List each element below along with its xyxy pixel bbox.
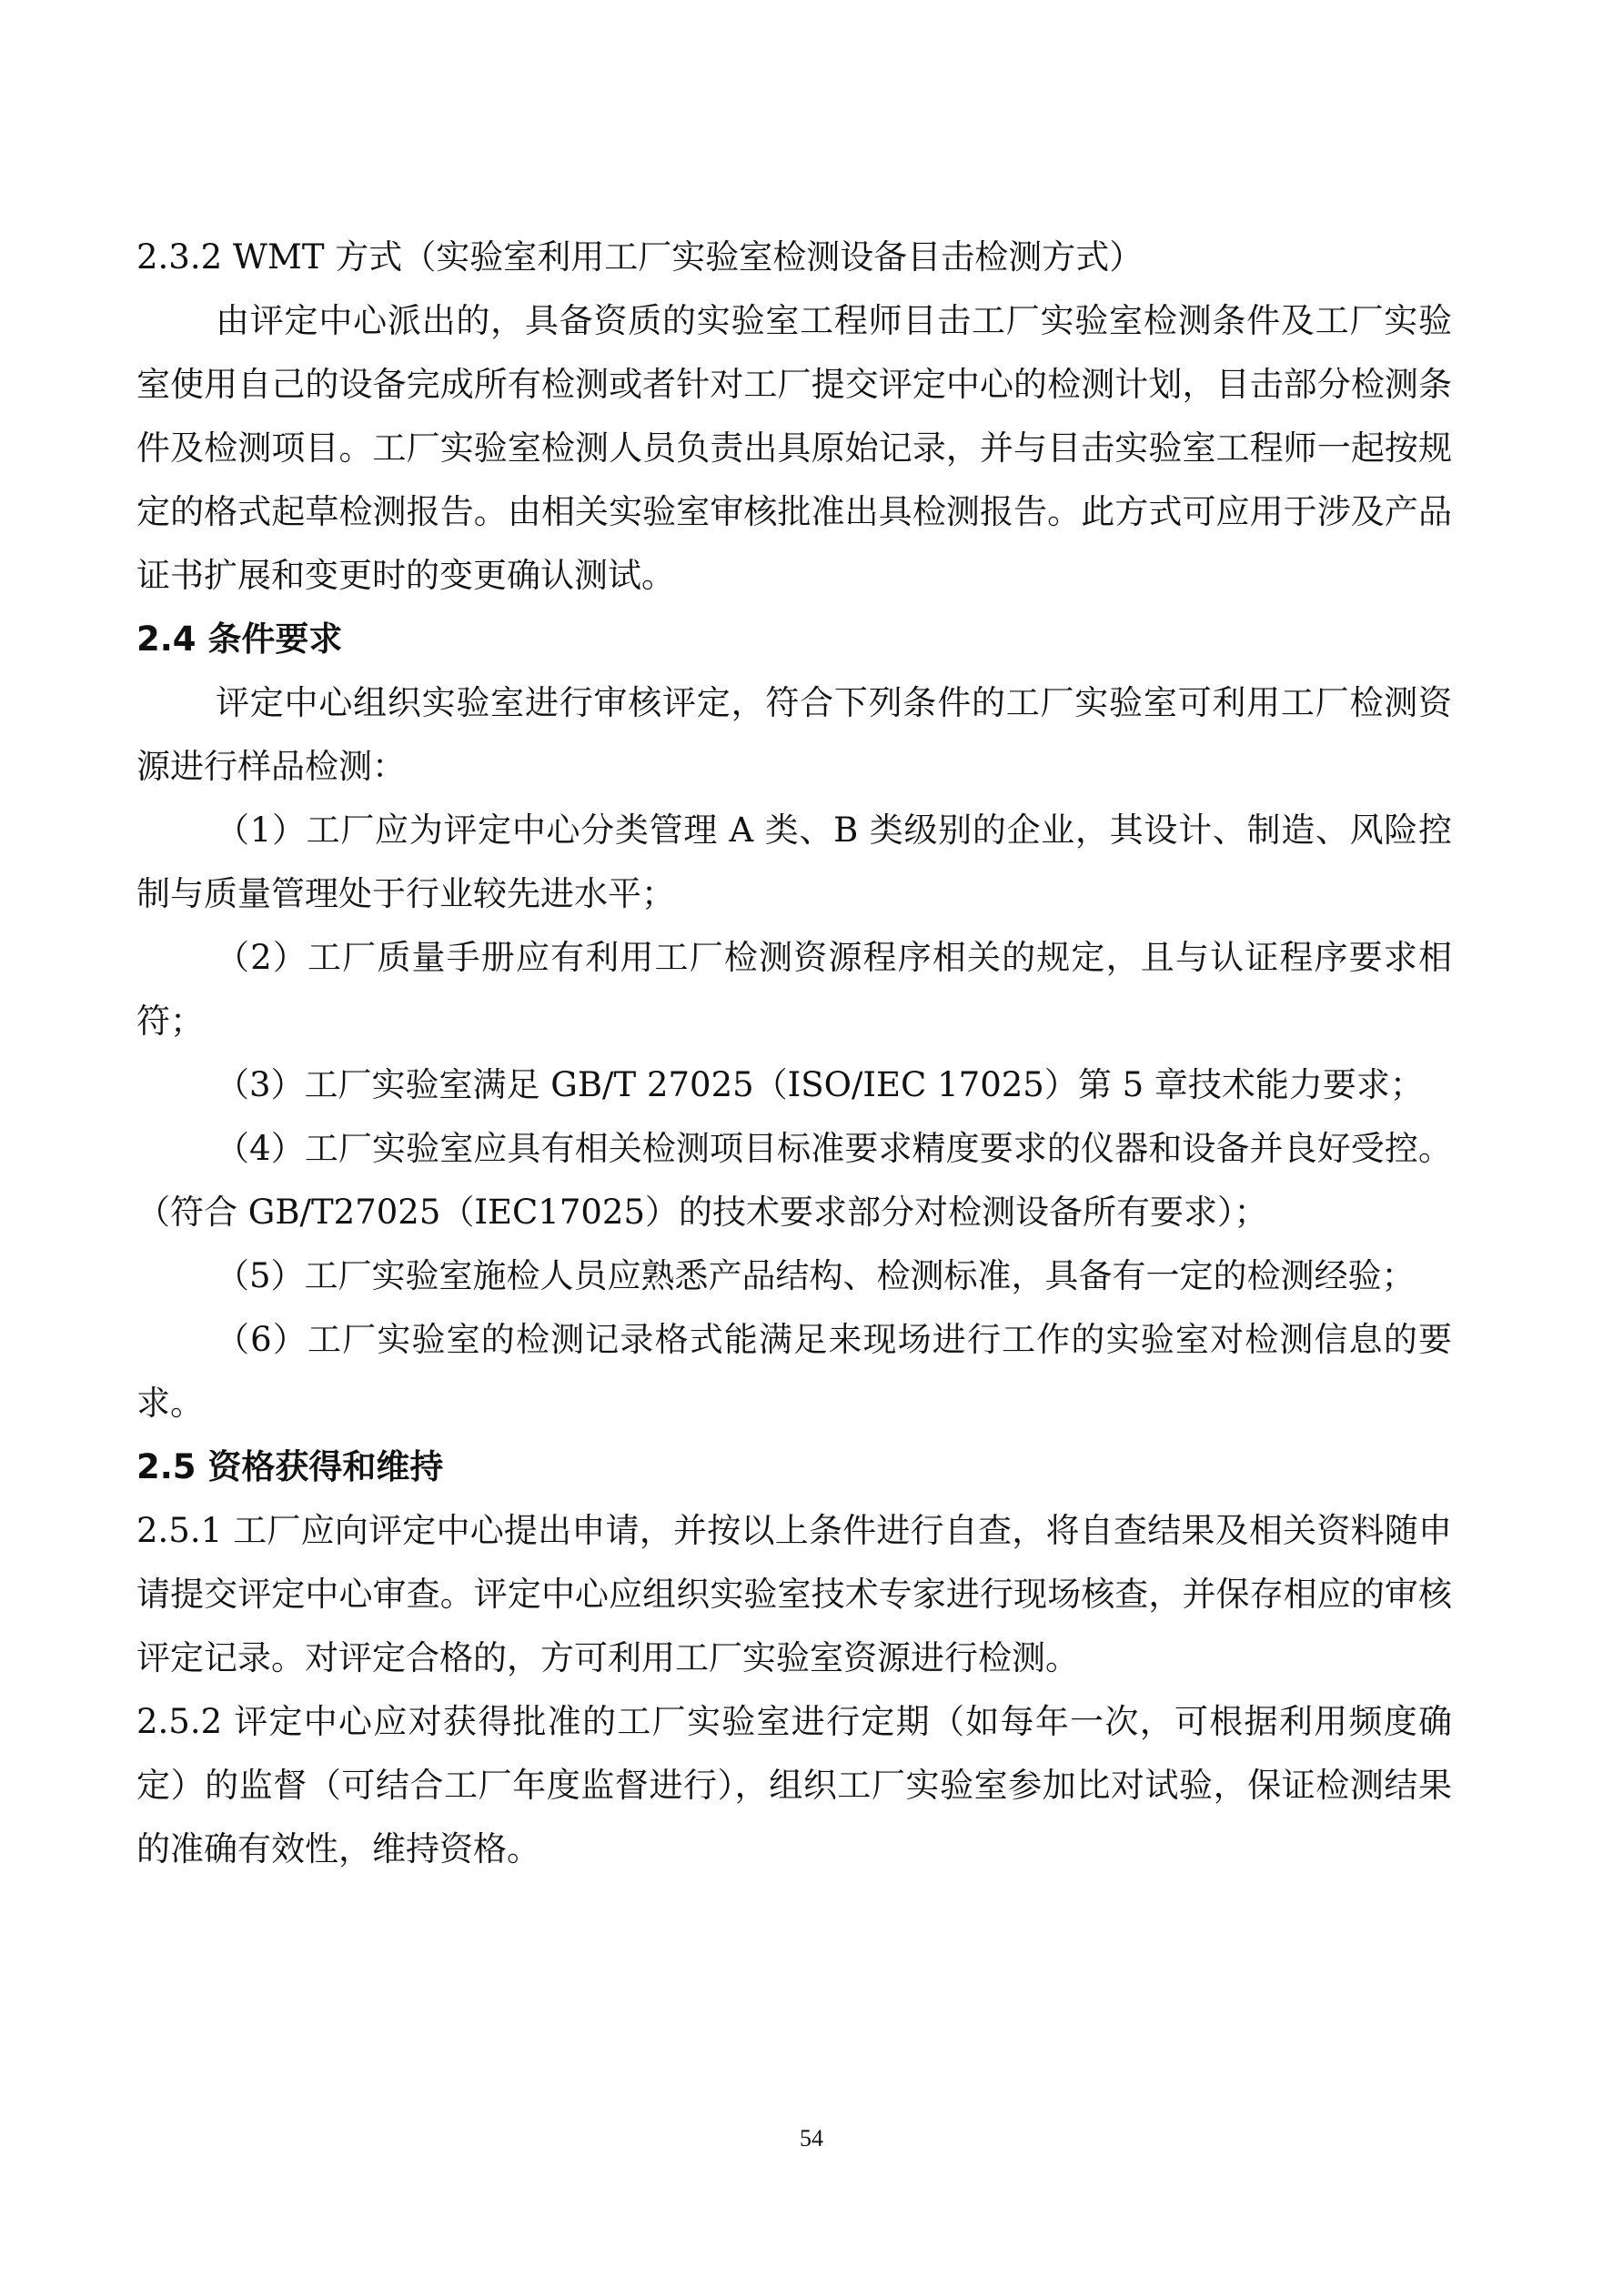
- subheading-2-3-2: 2.3.2 WMT 方式（实验室利用工厂实验室检测设备目击检测方式）: [136, 226, 1452, 289]
- list-item-2: （2）工厂质量手册应有利用工厂检测资源程序相关的规定，且与认证程序要求相符；: [136, 926, 1452, 1053]
- paragraph-wmt-description: 由评定中心派出的，具备资质的实验室工程师目击工厂实验室检测条件及工厂实验室使用自…: [136, 289, 1452, 608]
- document-body: 2.3.2 WMT 方式（实验室利用工厂实验室检测设备目击检测方式） 由评定中心…: [136, 226, 1452, 1881]
- subparagraph-2-5-2: 2.5.2 评定中心应对获得批准的工厂实验室进行定期（如每年一次，可根据利用频度…: [136, 1690, 1452, 1881]
- paragraph-conditions-intro: 评定中心组织实验室进行审核评定，符合下列条件的工厂实验室可利用工厂检测资源进行样…: [136, 671, 1452, 799]
- heading-2-4: 2.4 条件要求: [136, 608, 1452, 671]
- page-number: 54: [0, 2125, 1623, 2152]
- list-item-3: （3）工厂实验室满足 GB/T 27025（ISO/IEC 17025）第 5 …: [136, 1053, 1452, 1117]
- list-item-5: （5）工厂实验室施检人员应熟悉产品结构、检测标准，具备有一定的检测经验；: [136, 1244, 1452, 1308]
- list-item-4: （4）工厂实验室应具有相关检测项目标准要求精度要求的仪器和设备并良好受控。（符合…: [136, 1117, 1452, 1244]
- heading-2-5: 2.5 资格获得和维持: [136, 1435, 1452, 1499]
- subparagraph-2-5-1: 2.5.1 工厂应向评定中心提出申请，并按以上条件进行自查，将自查结果及相关资料…: [136, 1499, 1452, 1690]
- list-item-6: （6）工厂实验室的检测记录格式能满足来现场进行工作的实验室对检测信息的要求。: [136, 1308, 1452, 1435]
- list-item-1: （1）工厂应为评定中心分类管理 A 类、B 类级别的企业，其设计、制造、风险控制…: [136, 799, 1452, 926]
